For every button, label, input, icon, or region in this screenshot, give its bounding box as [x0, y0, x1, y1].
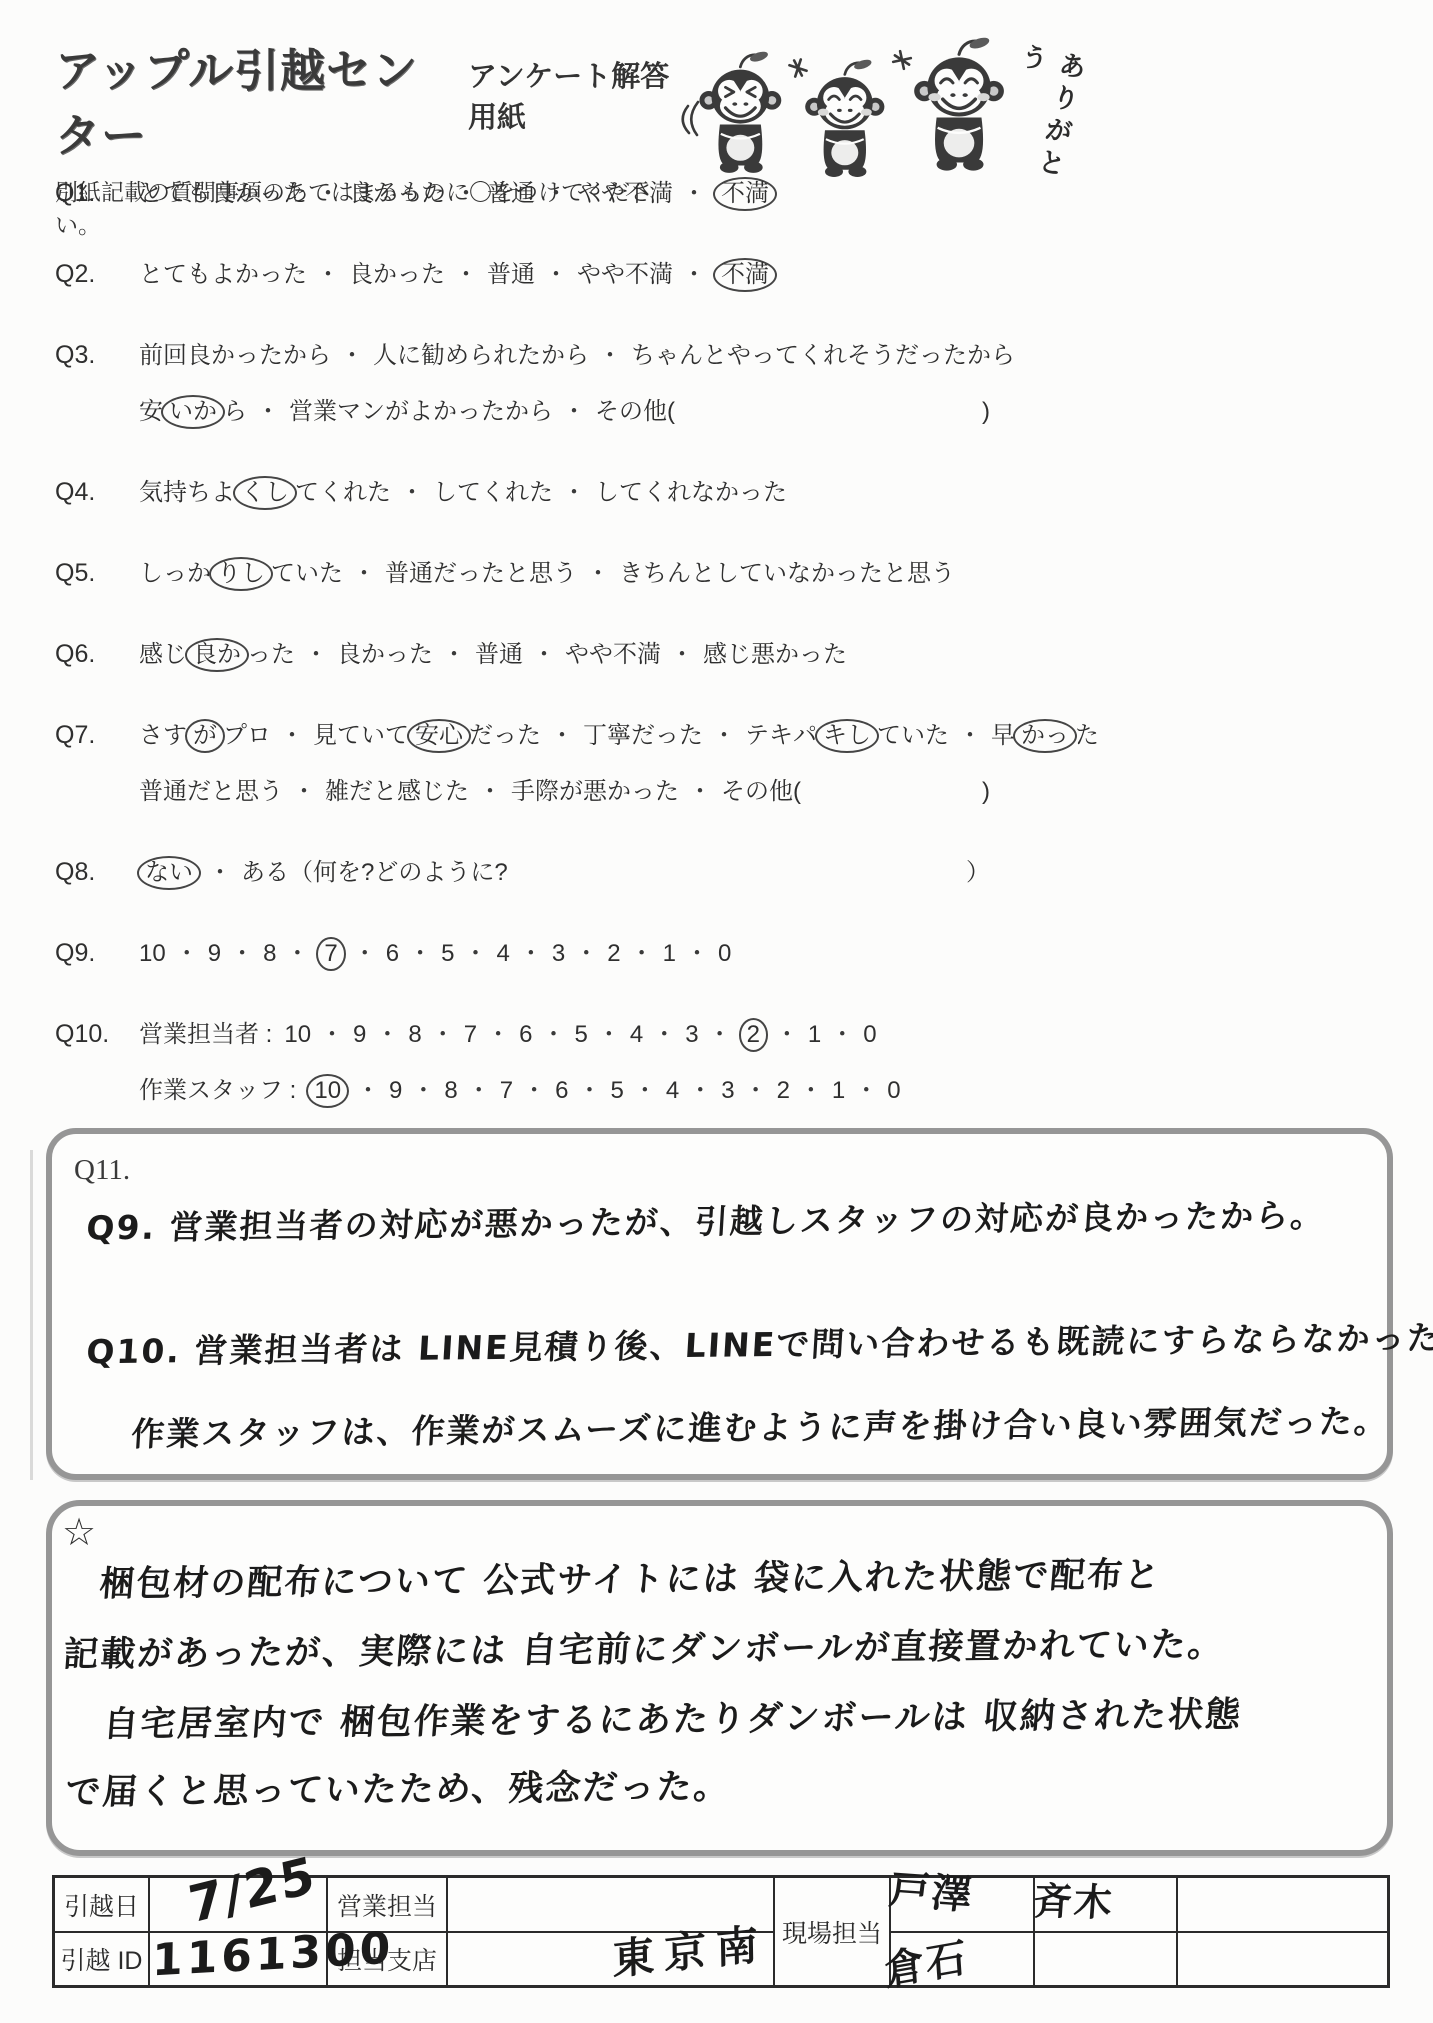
option[interactable]: 7 — [464, 1018, 477, 1052]
option-text: 気持ちよ — [139, 479, 235, 506]
option[interactable]: 前回良かったから — [139, 339, 331, 373]
option-separator: ・ — [280, 719, 304, 753]
question-q5: Q5.しっかりしていた・普通だったと思う・きちんとしていなかったと思う — [55, 556, 1400, 591]
option[interactable]: やや不満 — [577, 258, 673, 292]
question-q8: Q8.ない・ある（何を?どのように?） — [55, 855, 1400, 890]
option[interactable]: 10 — [284, 1018, 311, 1052]
handwritten-line: Q10. 営業担当者は LINE見積り後、LINEで問い合わせるも既読にすらなら… — [85, 1312, 1433, 1374]
option-separator: ・ — [400, 476, 424, 510]
option-text: 安 — [139, 398, 163, 425]
option-separator: ・ — [544, 177, 568, 211]
question-row: Q5.しっかりしていた・普通だったと思う・きちんとしていなかったと思う — [55, 556, 990, 591]
option-text: た — [1075, 722, 1099, 749]
option[interactable]: その他( — [721, 775, 801, 809]
option-separator: ・ — [799, 1074, 823, 1108]
option-separator: ・ — [775, 1018, 799, 1052]
option-circled[interactable]: テキパキしていた — [745, 719, 949, 753]
question-row: 作業スタッフ :10・9・8・7・6・5・4・3・2・1・0 — [55, 1074, 990, 1108]
option-separator: ・ — [532, 638, 556, 672]
mascot-illustration — [676, 34, 1041, 192]
option: ) — [982, 775, 990, 809]
option-text: ていた — [271, 560, 343, 587]
option[interactable]: 1 — [808, 1018, 821, 1052]
option[interactable]: 2 — [607, 937, 620, 971]
option-circled[interactable]: 10 — [308, 1074, 347, 1108]
question-row: 安いから・営業マンがよかったから・その他() — [55, 395, 990, 429]
circle-annotation: ない — [137, 856, 201, 890]
option-text: ていた — [877, 722, 949, 749]
option-text: だった — [469, 722, 541, 749]
option: ） — [966, 856, 990, 890]
option-separator: ・ — [586, 557, 610, 591]
option-separator: ・ — [316, 177, 340, 211]
option-separator: ・ — [431, 1018, 455, 1052]
circle-annotation: 安心 — [407, 719, 471, 753]
circle-annotation: 良か — [185, 638, 249, 672]
circle-annotation: 不満 — [713, 258, 777, 292]
option-separator: ・ — [375, 1018, 399, 1052]
option[interactable]: 良かった — [349, 258, 445, 292]
motion-lines-icon — [683, 102, 698, 135]
option[interactable]: 3 — [721, 1074, 734, 1108]
option-separator: ・ — [630, 937, 654, 971]
question-q3: Q3.前回良かったから・人に勧められたから・ちゃんとやってくれそうだったから安い… — [55, 338, 1400, 429]
option-separator: ・ — [316, 258, 340, 292]
option[interactable]: 普通 — [487, 177, 535, 211]
option[interactable]: 5 — [441, 937, 454, 971]
brand-title: アップル引越センター — [55, 34, 452, 164]
option[interactable]: 9 — [353, 1018, 366, 1052]
option[interactable]: 9 — [208, 937, 221, 971]
question-id: Q2. — [55, 257, 139, 291]
survey-sheet: アップル引越センター アンケート解答用紙 別紙記載の質問事項のあてはまるものに〇… — [0, 0, 1433, 2023]
option-separator: ・ — [519, 937, 543, 971]
option-circled[interactable]: ない — [139, 856, 199, 890]
option[interactable]: 0 — [887, 1074, 900, 1108]
monkey-icon — [914, 36, 1004, 171]
option-text: てくれた — [295, 479, 391, 506]
circle-annotation: 10 — [306, 1074, 349, 1108]
option-separator: ・ — [541, 1018, 565, 1052]
option[interactable]: 普通だと思う — [139, 775, 283, 809]
option[interactable]: 人に勧められたから — [373, 339, 589, 373]
option-text: プロ — [223, 722, 271, 749]
option[interactable]: 10 — [139, 937, 166, 971]
option[interactable]: 5 — [610, 1074, 623, 1108]
handwritten-move-date: 7/25 — [185, 1845, 320, 1934]
handwritten-line: Q9. 営業担当者の対応が悪かったが、引越しスタッフの対応が良かったから。 — [85, 1190, 1327, 1250]
option-separator: ・ — [478, 775, 502, 809]
option-separator: ・ — [356, 1074, 380, 1108]
option-separator: ・ — [486, 1018, 510, 1052]
monkey-icon — [805, 58, 884, 177]
handwritten-staff-name: 斉木 — [1032, 1870, 1116, 1926]
option[interactable]: してくれなかった — [595, 476, 787, 510]
option[interactable]: 普通だったと思う — [385, 557, 577, 591]
option-circled[interactable]: 見ていて安心だった — [313, 719, 541, 753]
circle-annotation: 7 — [316, 937, 345, 971]
option-separator: ・ — [708, 1018, 732, 1052]
question-id: Q8. — [55, 855, 139, 889]
question-id: Q9. — [55, 936, 139, 970]
handwritten-line: で届くと思っていたため、残念だった。 — [64, 1759, 733, 1815]
option-separator: ・ — [682, 258, 706, 292]
star-icon: ☆ — [62, 1510, 96, 1555]
option-separator: ・ — [562, 395, 586, 429]
q11-comment-box: Q11. Q9. 営業担当者の対応が悪かったが、引越しスタッフの対応が良かったか… — [46, 1128, 1393, 1480]
option-separator: ・ — [464, 937, 488, 971]
option[interactable]: 2 — [777, 1074, 790, 1108]
option[interactable]: 4 — [497, 937, 510, 971]
option-separator: ・ — [544, 258, 568, 292]
question-row: Q10.営業担当者 :10・9・8・7・6・5・4・3・2・1・0 — [55, 1017, 990, 1052]
option[interactable]: してくれた — [433, 476, 553, 510]
question-row: Q9.10・9・8・7・6・5・4・3・2・1・0 — [55, 936, 990, 971]
option[interactable]: 1 — [832, 1074, 845, 1108]
option-separator: ・ — [467, 1074, 491, 1108]
question-q2: Q2.とてもよかった・良かった・普通・やや不満・不満 — [55, 257, 1400, 292]
option-separator: ・ — [633, 1074, 657, 1108]
option[interactable]: とてもよかった — [139, 258, 307, 292]
question-row: Q6.感じ良かった・良かった・普通・やや不満・感じ悪かった — [55, 637, 990, 672]
question-row: Q8.ない・ある（何を?どのように?） — [55, 855, 990, 890]
option-group-label: 作業スタッフ : — [139, 1074, 296, 1108]
circle-annotation: いか — [161, 395, 225, 429]
option[interactable]: 良かった — [337, 638, 433, 672]
handwritten-staff-name: 倉石 — [883, 1926, 970, 1998]
option-separator: ・ — [670, 638, 694, 672]
option-separator: ・ — [304, 638, 328, 672]
question-row: Q7.さすがプロ・見ていて安心だった・丁寧だった・テキパキしていた・早かった — [55, 718, 990, 753]
sparkle-icon — [891, 49, 912, 70]
question-id: Q7. — [55, 718, 139, 752]
option-separator: ・ — [577, 1074, 601, 1108]
circle-annotation: 不満 — [713, 177, 777, 211]
option-separator: ・ — [744, 1074, 768, 1108]
circle-annotation: 2 — [739, 1018, 768, 1052]
option[interactable]: 0 — [718, 937, 731, 971]
option-separator: ・ — [340, 339, 364, 373]
option-text: さす — [139, 722, 187, 749]
option[interactable]: 6 — [555, 1074, 568, 1108]
circle-annotation: かっ — [1013, 719, 1077, 753]
option[interactable]: 丁寧だった — [583, 719, 703, 753]
circle-annotation: が — [185, 719, 225, 753]
question-q6: Q6.感じ良かった・良かった・普通・やや不満・感じ悪かった — [55, 637, 1400, 672]
option-separator: ・ — [411, 1074, 435, 1108]
option-separator: ・ — [685, 937, 709, 971]
sheet-title: アンケート解答用紙 — [468, 54, 695, 136]
option[interactable]: ちゃんとやってくれそうだったから — [631, 339, 1015, 373]
option[interactable]: 5 — [574, 1018, 587, 1052]
circle-annotation: くし — [233, 476, 297, 510]
option[interactable]: 4 — [666, 1074, 679, 1108]
questions-list: Q1.とても良かった・良かった・普通・やや不満・不満Q2.とてもよかった・良かっ… — [55, 176, 1400, 1154]
option-separator: ・ — [562, 476, 586, 510]
option[interactable]: 普通 — [475, 638, 523, 672]
handwritten-line: 自宅居室内で 梱包作業をするにあたりダンボールは 収納された状態 — [102, 1687, 1245, 1747]
option-circled[interactable]: 不満 — [715, 177, 775, 211]
handwritten-staff-name: 戸澤 — [887, 1858, 978, 1921]
option-separator: ・ — [682, 177, 706, 211]
option-separator: ・ — [712, 719, 736, 753]
option[interactable]: 0 — [863, 1018, 876, 1052]
option[interactable]: 4 — [630, 1018, 643, 1052]
option-separator: ・ — [352, 557, 376, 591]
handwritten-move-id: 1161300 — [152, 1923, 395, 1987]
option[interactable]: 6 — [386, 937, 399, 971]
option[interactable]: とても良かった — [139, 177, 307, 211]
option[interactable]: 8 — [263, 937, 276, 971]
option[interactable]: 1 — [663, 937, 676, 971]
option-separator: ・ — [550, 719, 574, 753]
circle-annotation: りし — [209, 557, 273, 591]
option-text: ら — [223, 398, 247, 425]
question-id: Q3. — [55, 338, 139, 372]
option-separator: ・ — [208, 856, 232, 890]
option-circled[interactable]: 感じ良かった — [139, 638, 295, 672]
option[interactable]: 雑だと感じた — [325, 775, 469, 809]
question-row: Q3.前回良かったから・人に勧められたから・ちゃんとやってくれそうだったから — [55, 338, 990, 373]
option-separator: ・ — [454, 177, 478, 211]
question-id: Q1. — [55, 176, 139, 210]
option-separator: ・ — [598, 339, 622, 373]
option[interactable]: やや不満 — [577, 177, 673, 211]
option-separator: ・ — [320, 1018, 344, 1052]
option-separator: ・ — [175, 937, 199, 971]
question-id: Q5. — [55, 556, 139, 590]
option-group-label: 営業担当者 : — [139, 1018, 272, 1052]
option[interactable]: きちんとしていなかったと思う — [619, 557, 955, 591]
option[interactable]: 3 — [685, 1018, 698, 1052]
option-separator: ・ — [830, 1018, 854, 1052]
handwritten-line: 作業スタッフは、作業がスムーズに進むように声を掛け合い良い雰囲気だった。 — [130, 1395, 1390, 1455]
option-text: 早 — [991, 722, 1015, 749]
option: ) — [982, 395, 990, 429]
question-row: Q4.気持ちよくしてくれた・してくれた・してくれなかった — [55, 475, 990, 510]
option-circled[interactable]: 早かった — [991, 719, 1099, 753]
option-separator: ・ — [292, 775, 316, 809]
option-separator: ・ — [574, 937, 598, 971]
question-row: Q2.とてもよかった・良かった・普通・やや不満・不満 — [55, 257, 990, 292]
question-id: Q10. — [55, 1017, 139, 1051]
option[interactable]: ある（何を?どのように? — [241, 856, 508, 890]
option-separator: ・ — [522, 1074, 546, 1108]
option-separator: ・ — [285, 937, 309, 971]
question-row: 普通だと思う・雑だと感じた・手際が悪かった・その他() — [55, 775, 990, 809]
option-circled[interactable]: 気持ちよくしてくれた — [139, 476, 391, 510]
option-circled[interactable]: 安いから — [139, 395, 247, 429]
monkey-icon — [699, 50, 781, 173]
option-circled[interactable]: 7 — [318, 937, 343, 971]
option[interactable]: 9 — [389, 1074, 402, 1108]
scan-artifact — [30, 1150, 33, 1480]
option-circled[interactable]: さすがプロ — [139, 719, 271, 753]
option-text: しっか — [139, 560, 211, 587]
question-id: Q6. — [55, 637, 139, 671]
option-separator: ・ — [958, 719, 982, 753]
sparkle-icon — [787, 57, 810, 80]
option-separator: ・ — [442, 638, 466, 672]
circle-annotation: キし — [815, 719, 879, 753]
option-text: った — [247, 641, 295, 668]
option[interactable]: 普通 — [487, 258, 535, 292]
handwritten-line: 梱包材の配布について 公式サイトには 袋に入れた状態で配布と — [98, 1547, 1164, 1606]
option-separator: ・ — [256, 395, 280, 429]
question-q1: Q1.とても良かった・良かった・普通・やや不満・不満 — [55, 176, 1400, 211]
handwritten-line: 記載があったが、実際には 自宅前にダンボールが直接置かれていた。 — [62, 1617, 1227, 1677]
option-circled[interactable]: 2 — [741, 1018, 766, 1052]
option-circled[interactable]: しっかりしていた — [139, 557, 343, 591]
option[interactable]: 7 — [500, 1074, 513, 1108]
option-circled[interactable]: 不満 — [715, 258, 775, 292]
option-separator: ・ — [688, 1074, 712, 1108]
option[interactable]: 感じ悪かった — [703, 638, 847, 672]
option[interactable]: その他( — [595, 395, 675, 429]
option[interactable]: やや不満 — [565, 638, 661, 672]
option[interactable]: 良かった — [349, 177, 445, 211]
option-separator: ・ — [408, 937, 432, 971]
option-separator: ・ — [597, 1018, 621, 1052]
option-separator: ・ — [652, 1018, 676, 1052]
option-separator: ・ — [854, 1074, 878, 1108]
option[interactable]: 営業マンがよかったから — [289, 395, 553, 429]
option[interactable]: 手際が悪かった — [511, 775, 679, 809]
option-separator: ・ — [353, 937, 377, 971]
star-comment-box: ☆ 梱包材の配布について 公式サイトには 袋に入れた状態で配布と 記載があったが… — [46, 1500, 1393, 1856]
question-q9: Q9.10・9・8・7・6・5・4・3・2・1・0 — [55, 936, 1400, 971]
q11-label: Q11. — [74, 1154, 130, 1187]
question-q7: Q7.さすがプロ・見ていて安心だった・丁寧だった・テキパキしていた・早かった普通… — [55, 718, 1400, 809]
option[interactable]: 8 — [444, 1074, 457, 1108]
question-id: Q4. — [55, 475, 139, 509]
option[interactable]: 6 — [519, 1018, 532, 1052]
handwritten-branch: 東京南 — [612, 1911, 768, 1988]
question-row: Q1.とても良かった・良かった・普通・やや不満・不満 — [55, 176, 990, 211]
option-text: 見ていて — [313, 722, 409, 749]
footer-handwriting-layer: 7/25 1161300 東京南 戸澤 倉石 斉木 — [52, 1875, 1390, 1988]
question-q4: Q4.気持ちよくしてくれた・してくれた・してくれなかった — [55, 475, 1400, 510]
option-text: 感じ — [139, 641, 187, 668]
option[interactable]: 3 — [552, 937, 565, 971]
option-separator: ・ — [230, 937, 254, 971]
option[interactable]: 8 — [408, 1018, 421, 1052]
option-text: テキパ — [745, 722, 817, 749]
option-separator: ・ — [454, 258, 478, 292]
question-q10: Q10.営業担当者 :10・9・8・7・6・5・4・3・2・1・0作業スタッフ … — [55, 1017, 1400, 1108]
option-separator: ・ — [688, 775, 712, 809]
